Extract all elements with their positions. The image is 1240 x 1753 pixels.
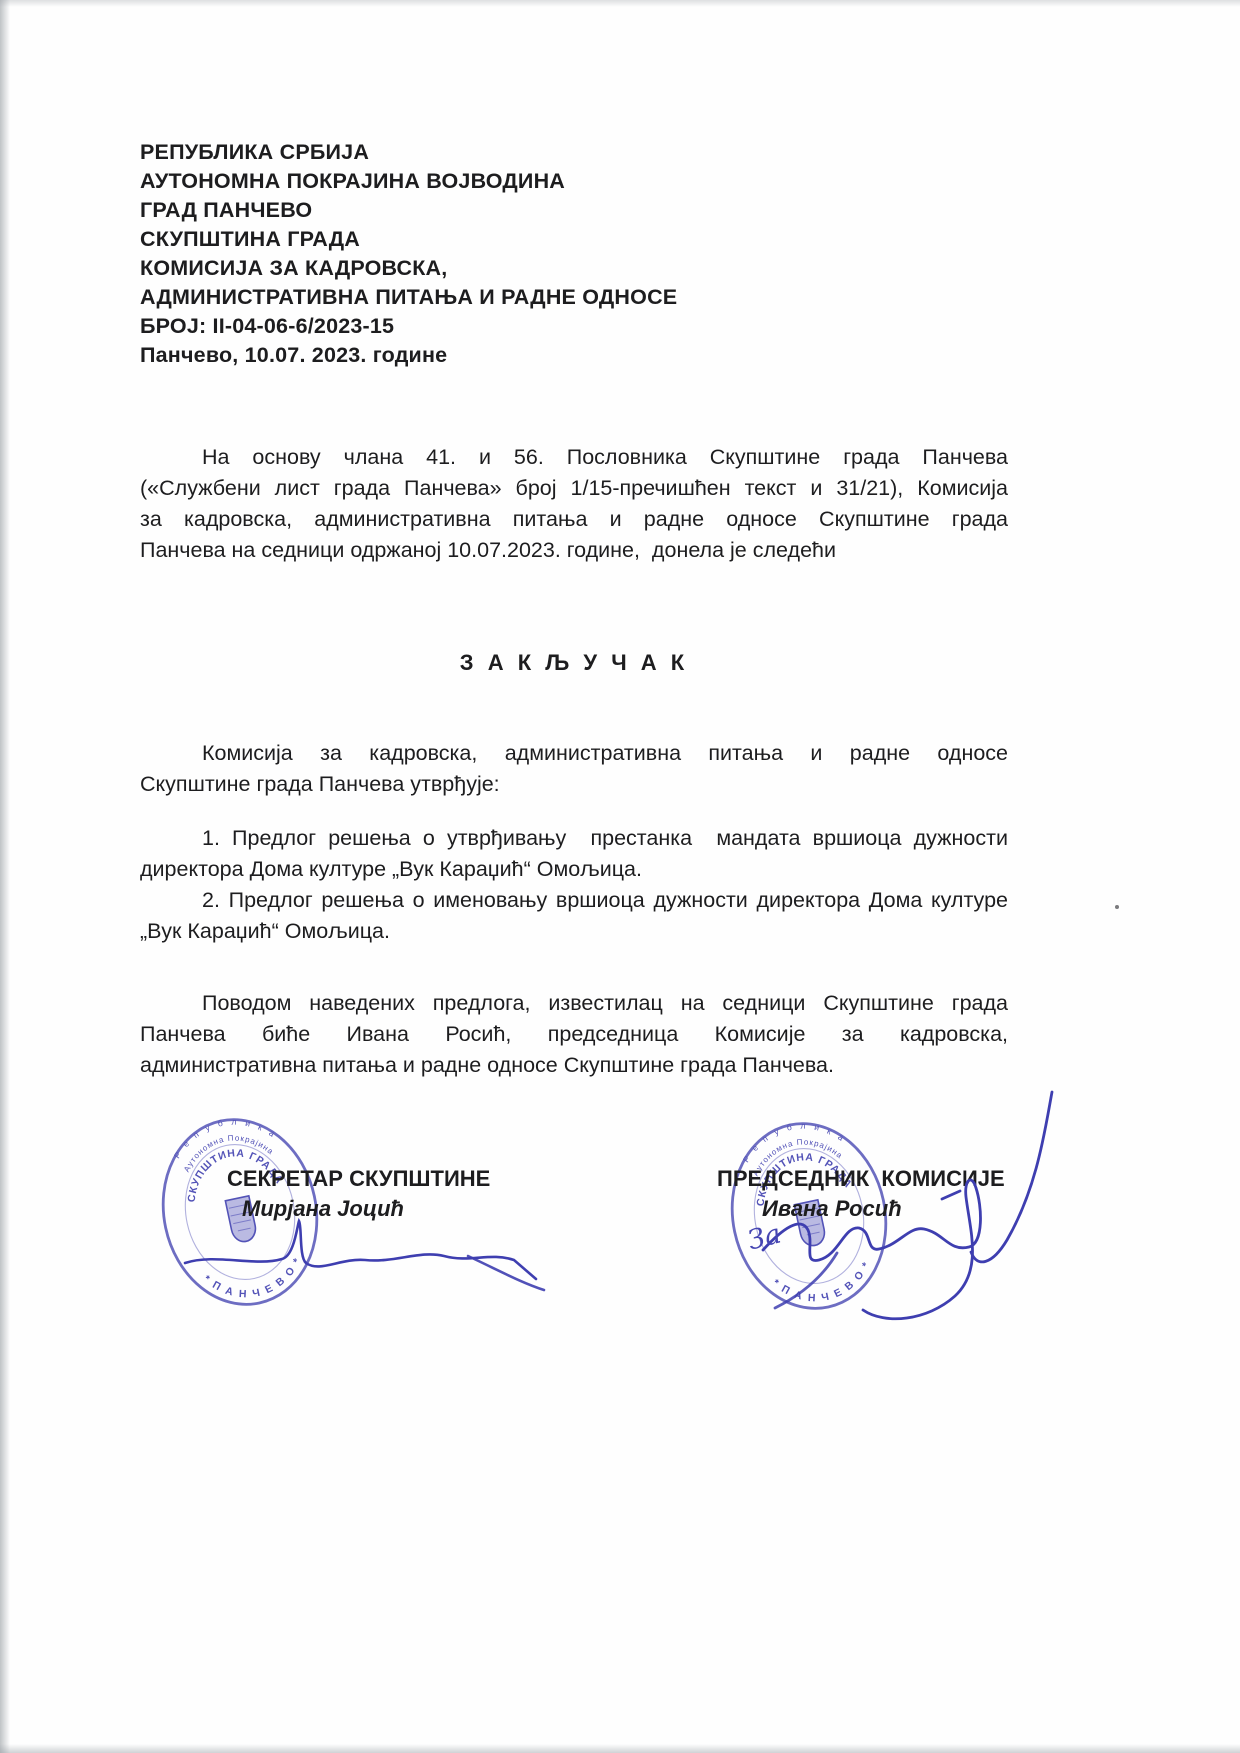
paragraph-line: административна питања и радне односе Ск…	[140, 1052, 1008, 1079]
signature-left	[170, 1195, 560, 1310]
document-number: БРОЈ: II-04-06-6/2023-15	[140, 314, 1040, 339]
paragraph-line: На основу члана 41. и 56. Пословника Ску…	[140, 444, 1008, 471]
header-line: ГРАД ПАНЧЕВО	[140, 198, 1040, 223]
list-item-line: 1. Предлог решења о утврђивању престанка…	[140, 825, 1008, 852]
place-and-date: Панчево, 10.07. 2023. године	[140, 343, 1040, 368]
header-line: КОМИСИЈА ЗА КАДРОВСКА,	[140, 256, 1040, 281]
scan-artifact-bottom-edge	[0, 1744, 1240, 1753]
list-item-line: директора Дома културе „Вук Караџић“ Омо…	[140, 856, 1008, 883]
scan-artifact-top-edge	[0, 0, 1240, 7]
paragraph-line: Панчева биће Ивана Росић, председница Ко…	[140, 1021, 1008, 1048]
paragraph-line: за кадровска, административна питања и р…	[140, 506, 1008, 533]
signature-right	[715, 1078, 1085, 1343]
paragraph-line: Скупштине града Панчева утврђује:	[140, 771, 1008, 798]
document-title: З А К Љ У Ч А К	[140, 650, 1008, 676]
list-item-line: „Вук Караџић“ Омољица.	[140, 918, 1008, 945]
header-line: АДМИНИСТРАТИВНА ПИТАЊА И РАДНЕ ОДНОСЕ	[140, 285, 1040, 310]
left-signatory-title: СЕКРЕТАР СКУПШТИНЕ	[227, 1166, 490, 1192]
header-line: РЕПУБЛИКА СРБИЈА	[140, 140, 1040, 165]
header-line: СКУПШТИНА ГРАДА	[140, 227, 1040, 252]
list-item-line: 2. Предлог решења о именовању вршиоца ду…	[140, 887, 1008, 914]
document-page: РЕПУБЛИКА СРБИЈА АУТОНОМНА ПОКРАЈИНА ВОЈ…	[0, 0, 1240, 1753]
paragraph-line: («Службени лист града Панчева» број 1/15…	[140, 475, 1008, 502]
paragraph-line: Панчева на седници одржаној 10.07.2023. …	[140, 537, 1008, 564]
header-line: АУТОНОМНА ПОКРАЈИНА ВОЈВОДИНА	[140, 169, 1040, 194]
scan-artifact-left-edge	[0, 0, 10, 1753]
paragraph-line: Поводом наведених предлога, известилац н…	[140, 990, 1008, 1017]
scan-artifact-dot	[1115, 905, 1119, 909]
paragraph-line: Комисија за кадровска, административна п…	[140, 740, 1008, 767]
